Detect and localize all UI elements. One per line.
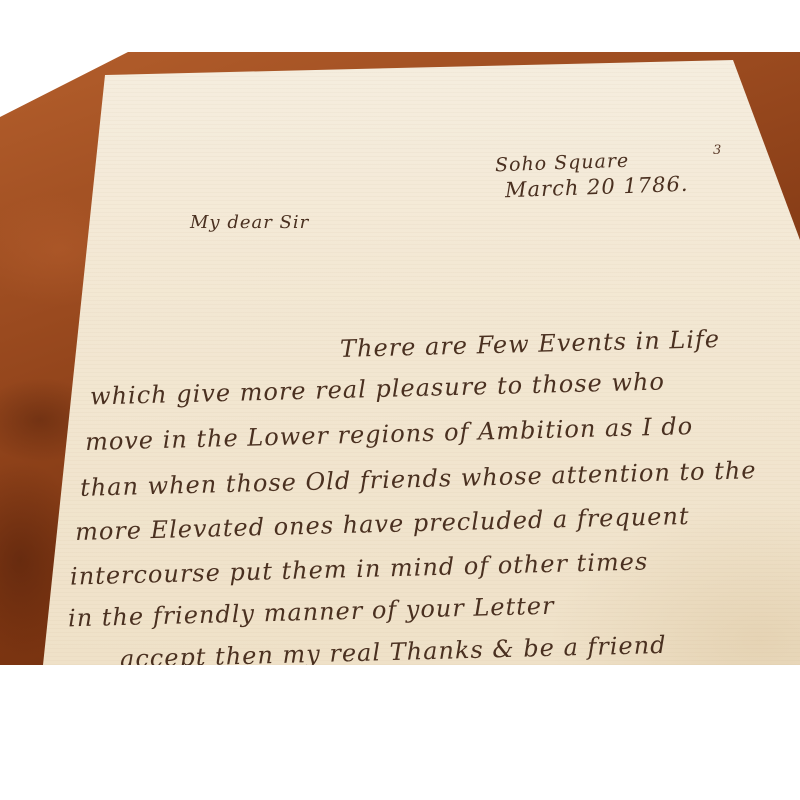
letter-salutation: My dear Sir: [190, 212, 309, 233]
blank-background: [0, 665, 800, 800]
photo-scene: 3 Soho Square March 20 1786. My dear Sir…: [0, 0, 800, 665]
letter-address-place: Soho Square: [495, 150, 630, 177]
page-number: 3: [713, 143, 722, 158]
